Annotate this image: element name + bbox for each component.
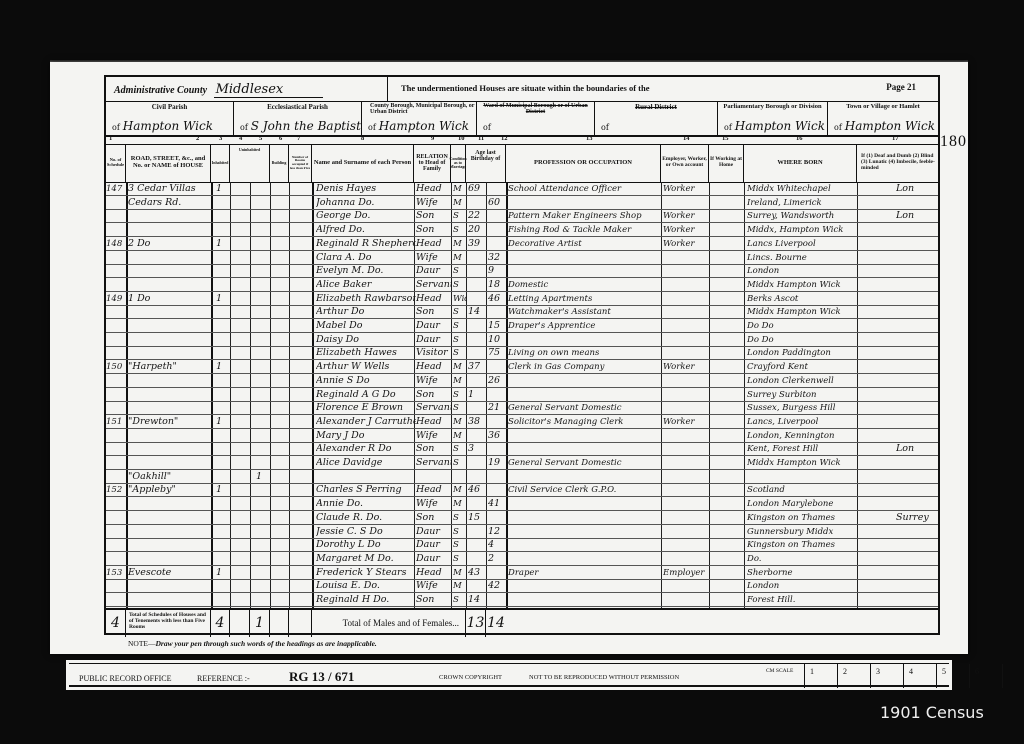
cell-mark: [896, 319, 938, 333]
total-building: [270, 610, 289, 637]
cell-condition: M: [453, 196, 467, 210]
reference-number: RG 13 / 671: [289, 669, 354, 685]
cell-male-age: 14: [468, 305, 486, 319]
cell-born: London, Kennington: [747, 429, 857, 443]
cell-address: [128, 552, 212, 566]
cell-condition: M: [453, 429, 467, 443]
cell-condition: S: [453, 388, 467, 402]
cell-relation: Servant: [416, 278, 452, 292]
cell-condition: S: [453, 456, 467, 470]
cell-address: [128, 278, 212, 292]
cell-relation: Head: [416, 566, 452, 580]
cell-female-age: [488, 442, 506, 456]
division-ward: Ward of Municipal Borough or of Urban Di…: [477, 101, 595, 135]
cell-male-age: [468, 278, 486, 292]
cell-condition: S: [453, 305, 467, 319]
cell-inhabited: 1: [216, 566, 230, 580]
reference-strip: PUBLIC RECORD OFFICE REFERENCE :- RG 13 …: [66, 660, 952, 690]
cell-mark: [896, 429, 938, 443]
cell-female-age: [488, 360, 506, 374]
cell-born: Kent, Forest Hill: [747, 442, 857, 456]
cell-female-age: 42: [488, 579, 506, 593]
col-num: 8: [361, 135, 364, 142]
cell-male-age: [468, 346, 486, 360]
scale-mark: 2: [837, 664, 870, 688]
table-row: Mary J DoWifeM36London, Kennington: [106, 429, 938, 443]
cell-born: Lancs, Liverpool: [747, 415, 857, 429]
cell-schedule: 153: [106, 566, 126, 580]
cell-born: Middx Whitechapel: [747, 182, 857, 196]
page-number: Page 21: [886, 82, 916, 92]
cell-female-age: 21: [488, 401, 506, 415]
cell-address: [128, 401, 212, 415]
cell-employer: [663, 538, 709, 552]
cell-male-age: 22: [468, 209, 486, 223]
cell-male-age: [468, 374, 486, 388]
table-row: Alfred Do.SonS20Fishing Rod & Tackle Mak…: [106, 223, 938, 237]
cell-born: London Marylebone: [747, 497, 857, 511]
cell-mark: [896, 251, 938, 265]
cell-name: Charles S Perring: [316, 483, 416, 497]
cell-born: Middx Hampton Wick: [747, 456, 857, 470]
cell-uninhabited: [256, 525, 270, 539]
cell-schedule: [106, 429, 126, 443]
cell-mark: [896, 360, 938, 374]
cell-occupation: [508, 333, 660, 347]
cell-schedule: [106, 538, 126, 552]
cell-name: Margaret M Do.: [316, 552, 416, 566]
cell-female-age: [488, 566, 506, 580]
cell-occupation: [508, 251, 660, 265]
cell-inhabited: [216, 196, 230, 210]
cell-inhabited: [216, 346, 230, 360]
total-mf-label: Total of Males and of Females...: [312, 610, 466, 637]
cell-male-age: [468, 538, 486, 552]
table-row: Arthur DoSonS14Watchmaker's AssistantMid…: [106, 305, 938, 319]
cell-uninhabited: [256, 511, 270, 525]
cell-name: Denis Hayes: [316, 182, 416, 196]
cell-employer: [663, 497, 709, 511]
division-label: Civil Parish: [106, 103, 233, 111]
cell-employer: [663, 456, 709, 470]
cell-schedule: [106, 579, 126, 593]
cell-address: Evescote: [128, 566, 212, 580]
cell-inhabited: [216, 319, 230, 333]
cell-name: Annie S Do: [316, 374, 416, 388]
cell-inhabited: [216, 401, 230, 415]
cell-uninhabited: 1: [256, 470, 270, 484]
cell-relation: Son: [416, 223, 452, 237]
cell-female-age: [488, 470, 506, 484]
cell-condition: S: [453, 319, 467, 333]
cell-uninhabited: [256, 593, 270, 607]
cell-female-age: [488, 209, 506, 223]
header-occupation: PROFESSION OR OCCUPATION: [506, 144, 661, 182]
cell-occupation: [508, 511, 660, 525]
cell-employer: Worker: [663, 237, 709, 251]
cell-occupation: General Servant Domestic: [508, 401, 660, 415]
cell-occupation: [508, 525, 660, 539]
cell-mark: [896, 483, 938, 497]
header-rooms: Number of Rooms occupied if less than Fi…: [289, 144, 312, 182]
cell-employer: Worker: [663, 209, 709, 223]
cell-mark: [896, 401, 938, 415]
form-note: NOTE—Draw your pen through such words of…: [128, 639, 377, 648]
cell-name: George Do.: [316, 209, 416, 223]
cell-inhabited: [216, 209, 230, 223]
cell-name: Clara A. Do: [316, 251, 416, 265]
cell-condition: S: [453, 278, 467, 292]
table-row: 152"Appleby"1Charles S PerringHeadM46Civ…: [106, 483, 938, 497]
table-row: Alexander R DoSonS3Kent, Forest HillLon: [106, 442, 938, 456]
cell-male-age: 1: [468, 388, 486, 402]
cell-uninhabited: [256, 552, 270, 566]
cell-inhabited: [216, 579, 230, 593]
cell-uninhabited: [256, 401, 270, 415]
cell-schedule: [106, 209, 126, 223]
division-label: Ecclesiastical Parish: [234, 103, 361, 111]
cell-employer: [663, 196, 709, 210]
cell-mark: [896, 196, 938, 210]
cell-mark: [896, 593, 938, 607]
cell-mark: [896, 305, 938, 319]
cell-mark: [896, 552, 938, 566]
cell-schedule: [106, 525, 126, 539]
cell-mark: Lon: [896, 182, 938, 196]
cell-relation: Son: [416, 388, 452, 402]
cell-uninhabited: [256, 415, 270, 429]
cell-female-age: 10: [488, 333, 506, 347]
cell-address: [128, 497, 212, 511]
cell-uninhabited: [256, 456, 270, 470]
cell-male-age: 38: [468, 415, 486, 429]
cell-female-age: [488, 182, 506, 196]
cell-condition: M: [453, 497, 467, 511]
cell-born: Lancs Liverpool: [747, 237, 857, 251]
cell-schedule: [106, 374, 126, 388]
cell-employer: Worker: [663, 415, 709, 429]
header-uninhabited: Uninhabited: [230, 144, 270, 182]
cell-male-age: [468, 264, 486, 278]
cell-schedule: [106, 442, 126, 456]
division-value: ofHampton Wick: [112, 119, 213, 133]
administrative-county: Administrative County Middlesex: [106, 77, 388, 101]
cell-name: Claude R. Do.: [316, 511, 416, 525]
cell-employer: [663, 278, 709, 292]
header-name: Name and Surname of each Person: [312, 144, 414, 182]
cell-schedule: [106, 401, 126, 415]
cell-uninhabited: [256, 483, 270, 497]
cell-uninhabited: [256, 360, 270, 374]
cell-female-age: 2: [488, 552, 506, 566]
divisions-row: Civil Parish ofHampton Wick Ecclesiastic…: [106, 101, 938, 137]
table-row: Alice DavidgeServantS19General Servant D…: [106, 456, 938, 470]
cell-inhabited: 1: [216, 415, 230, 429]
cell-schedule: [106, 319, 126, 333]
cell-inhabited: [216, 456, 230, 470]
cell-employer: [663, 346, 709, 360]
cell-relation: Wife: [416, 196, 452, 210]
cell-name: Evelyn M. Do.: [316, 264, 416, 278]
division-value: ofHampton Wick: [368, 119, 469, 133]
cell-condition: [453, 470, 467, 484]
cell-born: Berks Ascot: [747, 292, 857, 306]
cell-mark: Lon: [896, 209, 938, 223]
total-females: 14: [486, 610, 506, 637]
cell-occupation: Pattern Maker Engineers Shop: [508, 209, 660, 223]
header-building: Building: [270, 144, 289, 182]
cell-male-age: 37: [468, 360, 486, 374]
division-county-borough: County Borough, Municipal Borough, or Ur…: [362, 101, 477, 135]
division-label: County Borough, Municipal Borough, or Ur…: [370, 103, 476, 115]
cell-address: [128, 305, 212, 319]
cell-employer: [663, 552, 709, 566]
table-row: 1491 Do1Elizabeth RawbarsonHeadWid46Lett…: [106, 292, 938, 306]
cell-condition: S: [453, 552, 467, 566]
admin-county-value: Middlesex: [214, 82, 324, 98]
cell-male-age: 3: [468, 442, 486, 456]
cell-name: Alice Davidge: [316, 456, 416, 470]
totals-row: 4 Total of Schedules of Houses and of Te…: [106, 608, 938, 637]
cell-schedule: [106, 305, 126, 319]
header-condition: Condition as to Marriage: [451, 144, 466, 182]
cell-condition: S: [453, 346, 467, 360]
cell-inhabited: [216, 264, 230, 278]
cell-born: Do.: [747, 552, 857, 566]
cell-male-age: 15: [468, 511, 486, 525]
cell-schedule: [106, 251, 126, 265]
division-value: ofS John the Baptist: [240, 119, 361, 133]
cell-name: Alexander R Do: [316, 442, 416, 456]
cell-address: [128, 456, 212, 470]
cell-female-age: [488, 223, 506, 237]
cell-occupation: Watchmaker's Assistant: [508, 305, 660, 319]
total-rooms: [289, 610, 312, 637]
table-row: Reginald H Do.SonS14Forest Hill.: [106, 593, 938, 607]
cell-mark: Lon: [896, 442, 938, 456]
cell-uninhabited: [256, 251, 270, 265]
table-row: Jessie C. S DoDaurS12Gunnersbury Middx: [106, 525, 938, 539]
total-inhabited: 4: [211, 610, 230, 637]
cell-schedule: 148: [106, 237, 126, 251]
cell-occupation: Fishing Rod & Tackle Maker: [508, 223, 660, 237]
cell-schedule: [106, 346, 126, 360]
cell-occupation: [508, 593, 660, 607]
cell-male-age: [468, 470, 486, 484]
cell-condition: M: [453, 182, 467, 196]
cell-inhabited: [216, 251, 230, 265]
cell-employer: [663, 511, 709, 525]
cell-schedule: 151: [106, 415, 126, 429]
cell-schedule: [106, 264, 126, 278]
cell-female-age: 36: [488, 429, 506, 443]
cell-male-age: 39: [468, 237, 486, 251]
cell-uninhabited: [256, 566, 270, 580]
cell-female-age: 4: [488, 538, 506, 552]
total-in-occupation: [230, 610, 250, 637]
col-num: 15: [722, 135, 729, 142]
cell-relation: Wife: [416, 429, 452, 443]
cell-address: [128, 264, 212, 278]
cell-inhabited: [216, 374, 230, 388]
cell-employer: [663, 251, 709, 265]
col-num: 17: [892, 135, 899, 142]
cell-employer: Worker: [663, 182, 709, 196]
cell-relation: Visitor: [416, 346, 452, 360]
cell-condition: M: [453, 251, 467, 265]
cell-born: Surrey Surbiton: [747, 388, 857, 402]
cell-inhabited: [216, 223, 230, 237]
record-office: PUBLIC RECORD OFFICE: [79, 674, 171, 683]
cell-female-age: [488, 237, 506, 251]
header-inhabited: Inhabited: [211, 144, 230, 182]
header-infirmity: If (1) Deaf and Dumb (2) Blind (3) Lunat…: [857, 144, 938, 182]
cell-condition: M: [453, 579, 467, 593]
side-folio-number: 180: [940, 133, 967, 151]
cell-occupation: [508, 552, 660, 566]
table-row: "Oakhill"1: [106, 470, 938, 484]
cell-born: London Clerkenwell: [747, 374, 857, 388]
cell-inhabited: [216, 278, 230, 292]
cell-relation: [416, 470, 452, 484]
cell-uninhabited: [256, 209, 270, 223]
cell-condition: M: [453, 374, 467, 388]
cell-employer: [663, 483, 709, 497]
table-row: Dorothy L DoDaurS4Kingston on Thames: [106, 538, 938, 552]
header-top-row: Administrative County Middlesex The unde…: [106, 77, 938, 102]
cell-born: Sherborne: [747, 566, 857, 580]
cell-schedule: 147: [106, 182, 126, 196]
total-schedules: 4: [106, 610, 126, 637]
cell-schedule: [106, 511, 126, 525]
cell-female-age: [488, 511, 506, 525]
col-num: 14: [683, 135, 690, 142]
cell-born: Middx Hampton Wick: [747, 278, 857, 292]
division-parliamentary-borough: Parliamentary Borough or Division ofHamp…: [718, 101, 828, 135]
cell-name: Alice Baker: [316, 278, 416, 292]
cell-employer: [663, 292, 709, 306]
cell-occupation: [508, 538, 660, 552]
cell-inhabited: 1: [216, 360, 230, 374]
cell-occupation: School Attendance Officer: [508, 182, 660, 196]
col-num: 13: [586, 135, 593, 142]
cell-schedule: 149: [106, 292, 126, 306]
cell-occupation: [508, 579, 660, 593]
cell-male-age: [468, 552, 486, 566]
cell-male-age: [468, 579, 486, 593]
col-num: 2: [196, 135, 199, 142]
cell-schedule: [106, 223, 126, 237]
header-age: Age last Birthday of: [466, 144, 506, 182]
cell-relation: Head: [416, 182, 452, 196]
cell-uninhabited: [256, 237, 270, 251]
total-schedules-label: Total of Schedules of Houses and of Tene…: [126, 610, 211, 637]
cell-female-age: [488, 415, 506, 429]
cell-schedule: [106, 456, 126, 470]
cell-address: "Drewton": [128, 415, 212, 429]
cell-born: Crayford Kent: [747, 360, 857, 374]
cell-occupation: [508, 497, 660, 511]
cell-male-age: [468, 333, 486, 347]
cell-employer: [663, 333, 709, 347]
header-at-home: If Working at Home: [709, 144, 744, 182]
table-row: Reginald A G DoSonS1Surrey Surbiton: [106, 388, 938, 402]
cell-employer: [663, 429, 709, 443]
cell-born: Ireland, Limerick: [747, 196, 857, 210]
census-form: Administrative County Middlesex The unde…: [104, 75, 940, 635]
cell-condition: Wid: [453, 292, 467, 306]
cell-born: Sussex, Burgess Hill: [747, 401, 857, 415]
col-num: 5: [259, 135, 262, 142]
cell-uninhabited: [256, 223, 270, 237]
cell-born: Scotland: [747, 483, 857, 497]
cell-born: London: [747, 264, 857, 278]
cell-relation: Daur: [416, 319, 452, 333]
cell-inhabited: [216, 305, 230, 319]
cell-employer: [663, 401, 709, 415]
cell-condition: M: [453, 415, 467, 429]
cell-inhabited: [216, 497, 230, 511]
cell-employer: [663, 388, 709, 402]
cell-mark: [896, 470, 938, 484]
table-row: Elizabeth HawesVisitorS75Living on own m…: [106, 346, 938, 360]
cell-relation: Daur: [416, 552, 452, 566]
cell-uninhabited: [256, 374, 270, 388]
table-row: Clara A. DoWifeM32Lincs. Bourne: [106, 251, 938, 265]
cell-address: 3 Cedar Villas: [128, 182, 212, 196]
cell-mark: [896, 388, 938, 402]
cell-name: Frederick Y Stears: [316, 566, 416, 580]
cell-name: Reginald R Shepherd: [316, 237, 416, 251]
cell-occupation: [508, 442, 660, 456]
cell-occupation: [508, 374, 660, 388]
note-text: Draw your pen through such words of the …: [156, 639, 377, 648]
cell-uninhabited: [256, 278, 270, 292]
cell-address: [128, 333, 212, 347]
division-label: Parliamentary Borough or Division: [718, 103, 827, 110]
cell-inhabited: 1: [216, 483, 230, 497]
cell-relation: Head: [416, 237, 452, 251]
header-address: ROAD, STREET, &c., and No. or NAME of HO…: [126, 144, 211, 182]
cell-address: [128, 251, 212, 265]
cell-uninhabited: [256, 346, 270, 360]
cell-mark: [896, 456, 938, 470]
table-row: Florence E BrownServantS21General Servan…: [106, 401, 938, 415]
cell-born: Kingston on Thames: [747, 511, 857, 525]
cell-relation: Head: [416, 292, 452, 306]
cell-address: 2 Do: [128, 237, 212, 251]
cell-employer: [663, 579, 709, 593]
cell-mark: [896, 346, 938, 360]
cell-occupation: Domestic: [508, 278, 660, 292]
table-row: Claude R. Do.SonS15Kingston on ThamesSur…: [106, 511, 938, 525]
cell-born: Do Do: [747, 319, 857, 333]
table-row: 150"Harpeth"1Arthur W WellsHeadM37Clerk …: [106, 360, 938, 374]
cell-mark: [896, 333, 938, 347]
boundary-statement: The undermentioned Houses are situate wi…: [401, 83, 649, 93]
cell-uninhabited: [256, 579, 270, 593]
cell-born: London: [747, 579, 857, 593]
cell-born: Forest Hill.: [747, 593, 857, 607]
cell-uninhabited: [256, 196, 270, 210]
table-row: Annie Do.WifeM41London Marylebone: [106, 497, 938, 511]
cell-address: [128, 442, 212, 456]
cell-mark: [896, 415, 938, 429]
cell-name: Mary J Do: [316, 429, 416, 443]
cell-born: Middx Hampton Wick: [747, 305, 857, 319]
cell-female-age: 19: [488, 456, 506, 470]
cell-condition: S: [453, 511, 467, 525]
